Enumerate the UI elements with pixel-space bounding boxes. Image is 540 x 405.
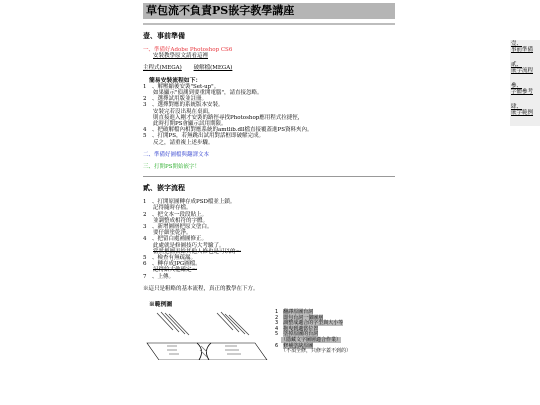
sidebar-item-flow[interactable]: 貳、嵌字流程 bbox=[511, 62, 540, 74]
example-figure: 1 翻譯原圖台詞 2 即句台詞一個圖層 3 調整成適合的字型與大小等 4 拖曳到… bbox=[143, 310, 395, 360]
section-heading-prep: 壹、事前準備 bbox=[143, 31, 395, 41]
article: 草包流不負責PS嵌字教學講座 壹、事前準備 一、準備好Adobe Photosh… bbox=[143, 3, 395, 360]
page-title: 草包流不負責PS嵌字教學講座 bbox=[143, 3, 395, 19]
divider bbox=[143, 23, 395, 25]
flow-note: ※這只是粗略的基本流程，真正的教學在下方。 bbox=[143, 286, 395, 292]
sidebar-item-prep[interactable]: 壹、事前準備 bbox=[511, 41, 540, 53]
main-program-link[interactable]: 主程式(MEGA) bbox=[143, 65, 182, 71]
sidebar-item-fonts[interactable]: 參、字體參考 bbox=[511, 83, 540, 95]
example-title: ※範例圖 bbox=[143, 299, 395, 308]
legend-item-sub: （不須全修，只修字蓋不到的） bbox=[275, 349, 351, 355]
text-column-group-right bbox=[217, 312, 249, 335]
text-column-group-left bbox=[157, 312, 189, 335]
sidebar-nav: 壹、事前準備 貳、嵌字流程 參、字體參考 肆、嵌字範例 bbox=[510, 40, 540, 126]
manga-example-illustration bbox=[145, 310, 270, 360]
flow-steps: 1、打開原圖轉存成PSD檔並上鎖。 記得隨時存檔。 2、把文本一段段貼上。 並調… bbox=[143, 199, 395, 280]
crack-file-link[interactable]: 破解檔(MEGA) bbox=[194, 65, 233, 71]
section-heading-flow: 貳、嵌字流程 bbox=[143, 183, 395, 193]
sidebar-item-examples[interactable]: 肆、嵌字範例 bbox=[511, 104, 540, 116]
example-legend: 1 翻譯原圖台詞 2 即句台詞一個圖層 3 調整成適合的字型與大小等 4 拖曳到… bbox=[275, 310, 351, 355]
install-steps: 1、解壓縮後安裝"Set-up"。 如果顯示"偵測到要重開電腦"，請直接忽略。 … bbox=[143, 84, 395, 146]
prep-item-3: 三、打開PS開始嵌字！ bbox=[143, 164, 395, 170]
divider bbox=[143, 176, 395, 177]
